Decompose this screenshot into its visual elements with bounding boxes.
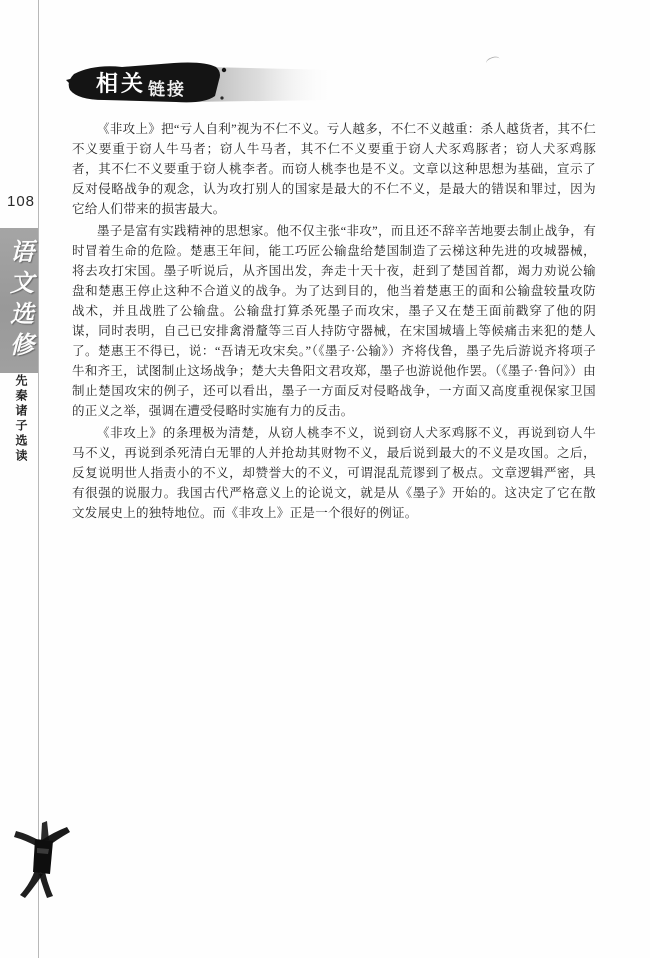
body-text: 《非攻上》把“亏人自利”视为不仁不义。亏人越多，不仁不义越重：杀人越货者，其不仁… [72,119,596,525]
paragraph-mozi-practice: 墨子是富有实践精神的思想家。他不仅主张“非攻”，而且还不辞辛苦地要去制止战争，有… [72,221,596,421]
related-links-banner: 相关链接 [64,58,344,110]
series-title-box: 语文选修 [0,228,38,373]
banner-title-primary: 相关 [96,71,146,96]
paragraph-nongong-thesis: 《非攻上》把“亏人自利”视为不仁不义。亏人越多，不仁不义越重：杀人越货者，其不仁… [72,119,596,219]
stray-pen-mark [485,55,501,67]
bronze-vessel-ink-icon [12,810,72,902]
textbook-page: 108 语文选修 先秦诸子选读 [0,0,650,958]
banner-title-secondary: 链接 [148,80,186,99]
page-number: 108 [6,193,36,210]
banner-title: 相关链接 [96,67,184,98]
subject-title-vertical: 先秦诸子选读 [13,374,30,474]
series-title-calligraphy: 语文选修 [3,239,38,363]
paragraph-structure-analysis: 《非攻上》的条理极为清楚，从窃人桃李不义，说到窃人犬豕鸡豚不义，再说到窃人牛马不… [72,423,596,523]
